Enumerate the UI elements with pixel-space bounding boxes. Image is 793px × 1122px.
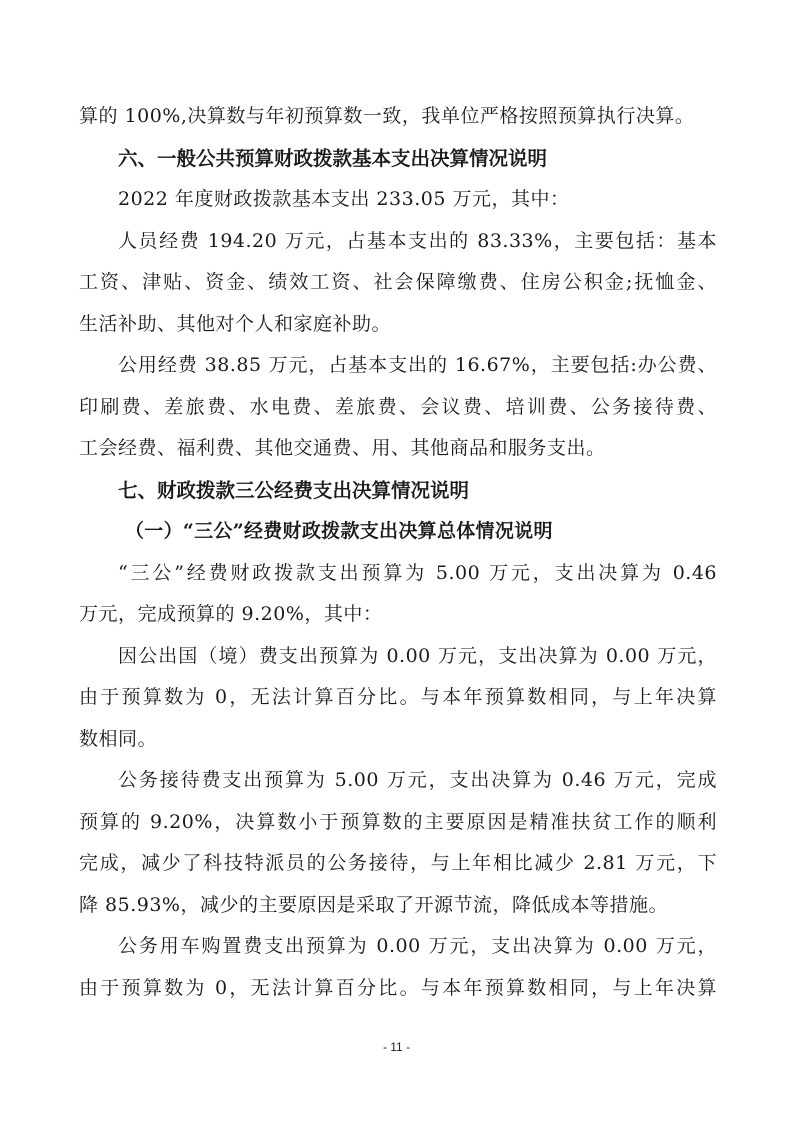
paragraph-line: 算的 100%,决算数与年初预算数一致，我单位严格按照预算执行决算。: [79, 96, 717, 138]
paragraph-line: 工会经费、福利费、其他交通费、用、其他商品和服务支出。: [79, 428, 717, 470]
paragraph-line: 预算的 9.20%，决算数小于预算数的主要原因是精准扶贫工作的顺利: [79, 802, 717, 844]
page-number: - 11 -: [0, 1040, 793, 1054]
paragraph-line: 公务接待费支出预算为 5.00 万元，支出决算为 0.46 万元，完成: [79, 760, 717, 802]
paragraph-line: 工资、津贴、资金、绩效工资、社会保障缴费、住房公积金;抚恤金、: [79, 262, 717, 304]
document-page: 算的 100%,决算数与年初预算数一致，我单位严格按照预算执行决算。 六、一般公…: [79, 96, 717, 1009]
paragraph-line: 2022 年度财政拨款基本支出 233.05 万元，其中：: [79, 179, 717, 221]
paragraph-line: 生活补助、其他对个人和家庭补助。: [79, 304, 717, 346]
paragraph-line: 完成，减少了科技特派员的公务接待，与上年相比减少 2.81 万元，下: [79, 843, 717, 885]
paragraph-line: 由于预算数为 0，无法计算百分比。与本年预算数相同，与上年决算: [79, 677, 717, 719]
subsection-heading-1: （一）“三公”经费财政拨款支出决算总体情况说明: [79, 511, 717, 553]
paragraph-line: 公务用车购置费支出预算为 0.00 万元，支出决算为 0.00 万元，: [79, 926, 717, 968]
paragraph-line: 印刷费、差旅费、水电费、差旅费、会议费、培训费、公务接待费、: [79, 387, 717, 429]
section-heading-7: 七、财政拨款三公经费支出决算情况说明: [79, 470, 717, 512]
paragraph-line: 由于预算数为 0，无法计算百分比。与本年预算数相同，与上年决算: [79, 968, 717, 1010]
paragraph-line: 因公出国（境）费支出预算为 0.00 万元，支出决算为 0.00 万元，: [79, 636, 717, 678]
section-heading-6: 六、一般公共预算财政拨款基本支出决算情况说明: [79, 138, 717, 180]
paragraph-line: 降 85.93%，减少的主要原因是采取了开源节流，降低成本等措施。: [79, 885, 717, 927]
paragraph-line: 公用经费 38.85 万元，占基本支出的 16.67%，主要包括:办公费、: [79, 345, 717, 387]
paragraph-line: 万元，完成预算的 9.20%，其中：: [79, 594, 717, 636]
paragraph-line: 数相同。: [79, 719, 717, 761]
paragraph-line: 人员经费 194.20 万元，占基本支出的 83.33%，主要包括：基本: [79, 221, 717, 263]
paragraph-line: “三公”经费财政拨款支出预算为 5.00 万元，支出决算为 0.46: [79, 553, 717, 595]
